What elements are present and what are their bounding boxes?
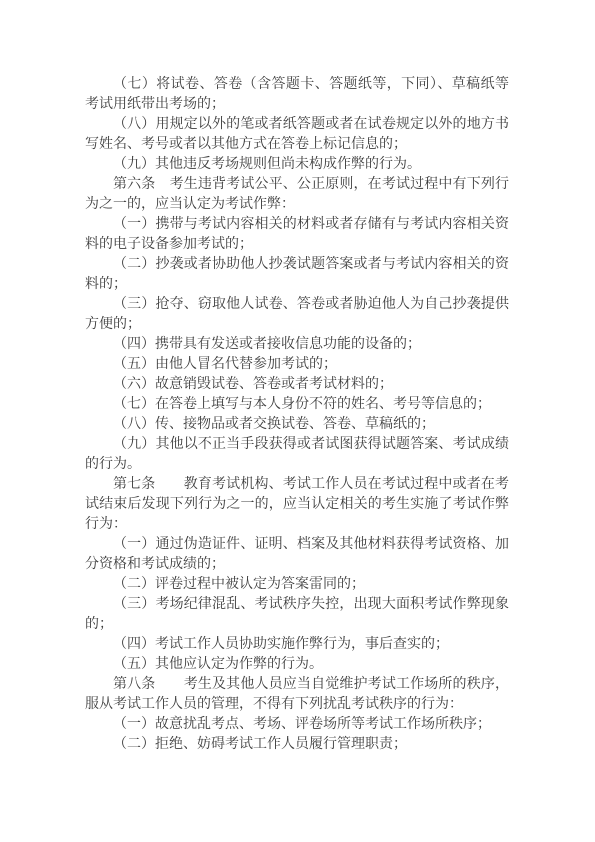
- document-line: 料的电子设备参加考试的；: [85, 233, 509, 253]
- document-text: （七）将试卷、答卷（含答题卡、答题纸等，下同）、草稿纸等考试用纸带出考场的；（八…: [85, 73, 509, 753]
- document-line: （七）将试卷、答卷（含答题卡、答题纸等，下同）、草稿纸等: [85, 73, 509, 93]
- document-line: （六）故意销毁试卷、答卷或者考试材料的；: [85, 373, 509, 393]
- document-page: （七）将试卷、答卷（含答题卡、答题纸等，下同）、草稿纸等考试用纸带出考场的；（八…: [0, 0, 595, 842]
- document-line: 为之一的，应当认定为考试作弊：: [85, 193, 509, 213]
- document-line: 服从考试工作人员的管理，不得有下列扰乱考试秩序的行为：: [85, 693, 509, 713]
- document-line: （九）其他违反考场规则但尚未构成作弊的行为。: [85, 153, 509, 173]
- document-line: （八）传、接物品或者交换试卷、答卷、草稿纸的；: [85, 413, 509, 433]
- document-line: 料的；: [85, 273, 509, 293]
- document-line: 第八条 考生及其他人员应当自觉维护考试工作场所的秩序，: [85, 673, 509, 693]
- document-line: （一）通过伪造证件、证明、档案及其他材料获得考试资格、加: [85, 533, 509, 553]
- document-line: （四）携带具有发送或者接收信息功能的设备的；: [85, 333, 509, 353]
- document-line: 第七条 教育考试机构、考试工作人员在考试过程中或者在考: [85, 473, 509, 493]
- document-line: 方便的；: [85, 313, 509, 333]
- document-line: （三）抢夺、窃取他人试卷、答卷或者胁迫他人为自己抄袭提供: [85, 293, 509, 313]
- document-line: （二）评卷过程中被认定为答案雷同的；: [85, 573, 509, 593]
- document-line: （八）用规定以外的笔或者纸答题或者在试卷规定以外的地方书: [85, 113, 509, 133]
- document-line: （九）其他以不正当手段获得或者试图获得试题答案、考试成绩: [85, 433, 509, 453]
- document-line: 第六条 考生违背考试公平、公正原则，在考试过程中有下列行: [85, 173, 509, 193]
- document-line: （二）抄袭或者协助他人抄袭试题答案或者与考试内容相关的资: [85, 253, 509, 273]
- document-line: 行为：: [85, 513, 509, 533]
- document-line: 分资格和考试成绩的；: [85, 553, 509, 573]
- document-line: （五）其他应认定为作弊的行为。: [85, 653, 509, 673]
- document-line: （七）在答卷上填写与本人身份不符的姓名、考号等信息的；: [85, 393, 509, 413]
- document-line: 试结束后发现下列行为之一的，应当认定相关的考生实施了考试作弊: [85, 493, 509, 513]
- document-line: 的行为。: [85, 453, 509, 473]
- document-line: （一）携带与考试内容相关的材料或者存储有与考试内容相关资: [85, 213, 509, 233]
- document-line: 写姓名、考号或者以其他方式在答卷上标记信息的；: [85, 133, 509, 153]
- document-line: （五）由他人冒名代替参加考试的；: [85, 353, 509, 373]
- document-line: 的；: [85, 613, 509, 633]
- document-line: 考试用纸带出考场的；: [85, 93, 509, 113]
- document-line: （四）考试工作人员协助实施作弊行为，事后查实的；: [85, 633, 509, 653]
- document-line: （二）拒绝、妨碍考试工作人员履行管理职责；: [85, 733, 509, 753]
- document-line: （一）故意扰乱考点、考场、评卷场所等考试工作场所秩序；: [85, 713, 509, 733]
- document-line: （三）考场纪律混乱、考试秩序失控，出现大面积考试作弊现象: [85, 593, 509, 613]
